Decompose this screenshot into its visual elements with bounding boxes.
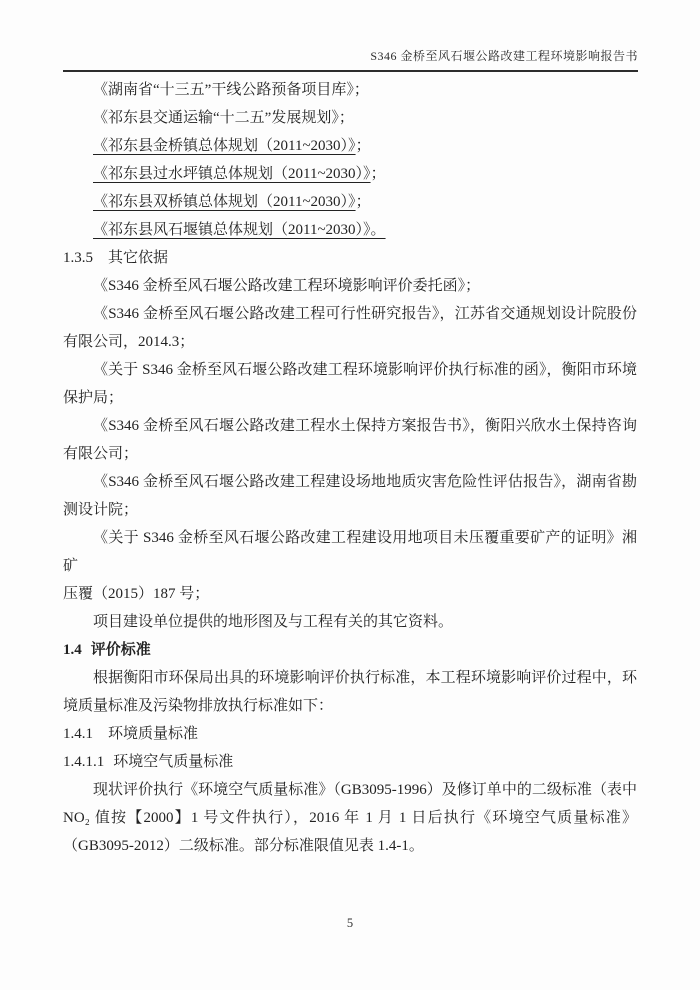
page-footer: 5 — [0, 916, 700, 931]
reference-tail: ； — [356, 138, 371, 154]
reference-text: 《祁东县金桥镇总体规划（2011~2030）》 — [93, 138, 356, 154]
paragraph-line: 根据衡阳市环保局出具的环境影响评价执行标准，本工程环境影响评价过程中，环 — [63, 664, 637, 692]
reference-text: 《祁东县双桥镇总体规划（2011~2030）》 — [93, 194, 356, 210]
document-page: S346 金桥至风石堰公路改建工程环境影响报告书 《湖南省“十三五”干线公路预备… — [0, 0, 700, 990]
section-heading: 1.4.1.1环境空气质量标准 — [63, 748, 637, 776]
reference-item: 《祁东县过水坪镇总体规划（2011~2030）》； — [63, 160, 637, 188]
section-heading: 1.3.5其它依据 — [63, 244, 637, 272]
paragraph-line: 压覆（2015）187 号； — [63, 580, 637, 608]
reference-text: 《湖南省“十三五”干线公路预备项目库》 — [93, 82, 354, 98]
paragraph-line: 《关于 S346 金桥至风石堰公路改建工程环境影响评价执行标准的函》，衡阳市环境 — [63, 356, 637, 384]
section-heading: 1.4.1环境质量标准 — [63, 720, 637, 748]
heading-title: 环境空气质量标准 — [113, 754, 233, 770]
paragraph-line: 有限公司，2014.3； — [63, 328, 637, 356]
reference-tail: ； — [339, 110, 354, 126]
header-title: S346 金桥至风石堰公路改建工程环境影响报告书 — [370, 49, 638, 63]
reference-text: 《祁东县过水坪镇总体规划（2011~2030）》 — [93, 166, 371, 182]
reference-item: 《湖南省“十三五”干线公路预备项目库》； — [63, 76, 637, 104]
page-header: S346 金桥至风石堰公路改建工程环境影响报告书 — [63, 47, 638, 72]
reference-text: 《祁东县风石堰镇总体规划（2011~2030）》。 — [93, 222, 386, 238]
paragraph-line: 现状评价执行《环境空气质量标准》（GB3095-1996）及修订单中的二级标准（… — [63, 776, 637, 804]
heading-number: 1.4.1.1 — [63, 748, 104, 776]
heading-number: 1.4.1 — [63, 720, 93, 748]
paragraph-line: 项目建设单位提供的地形图及与工程有关的其它资料。 — [63, 608, 637, 636]
heading-title: 其它依据 — [108, 250, 168, 266]
paragraph-line: NO₂ 值按【2000】1 号文件执行），2016 年 1 月 1 日后执行《环… — [63, 804, 637, 832]
heading-number: 1.3.5 — [63, 244, 93, 272]
reference-tail: ； — [356, 194, 371, 210]
reference-item: 《祁东县金桥镇总体规划（2011~2030）》； — [63, 132, 637, 160]
paragraph-line: （GB3095-2012）二级标准。部分标准限值见表 1.4-1。 — [63, 832, 637, 860]
paragraph-line: 有限公司； — [63, 440, 637, 468]
paragraph-line: 测设计院； — [63, 496, 637, 524]
reference-tail: ； — [354, 82, 369, 98]
reference-item: 《祁东县双桥镇总体规划（2011~2030）》； — [63, 188, 637, 216]
paragraph-line: 《关于 S346 金桥至风石堰公路改建工程建设用地项目未压覆重要矿产的证明》湘矿 — [63, 524, 637, 580]
reference-tail: ； — [371, 166, 386, 182]
document-body: 《湖南省“十三五”干线公路预备项目库》；《祁东县交通运输“十二五”发展规划》；《… — [63, 76, 637, 860]
section-heading: 1.4评价标准 — [63, 636, 637, 664]
reference-item: 《祁东县交通运输“十二五”发展规划》； — [63, 104, 637, 132]
paragraph-line: 《S346 金桥至风石堰公路改建工程水土保持方案报告书》，衡阳兴欣水土保持咨询 — [63, 412, 637, 440]
heading-title: 环境质量标准 — [108, 726, 198, 742]
reference-text: 《祁东县交通运输“十二五”发展规划》 — [93, 110, 339, 126]
paragraph-line: 《S346 金桥至风石堰公路改建工程建设场地地质灾害危险性评估报告》，湖南省勘 — [63, 468, 637, 496]
heading-number: 1.4 — [63, 636, 82, 664]
reference-item: 《祁东县风石堰镇总体规划（2011~2030）》。 — [63, 216, 637, 244]
paragraph-line: 《S346 金桥至风石堰公路改建工程环境影响评价委托函》； — [63, 272, 637, 300]
paragraph-line: 境质量标准及污染物排放执行标准如下： — [63, 692, 637, 720]
page-number: 5 — [347, 916, 353, 930]
heading-title: 评价标准 — [91, 642, 151, 658]
paragraph-line: 保护局； — [63, 384, 637, 412]
paragraph-line: 《S346 金桥至风石堰公路改建工程可行性研究报告》，江苏省交通规划设计院股份 — [63, 300, 637, 328]
